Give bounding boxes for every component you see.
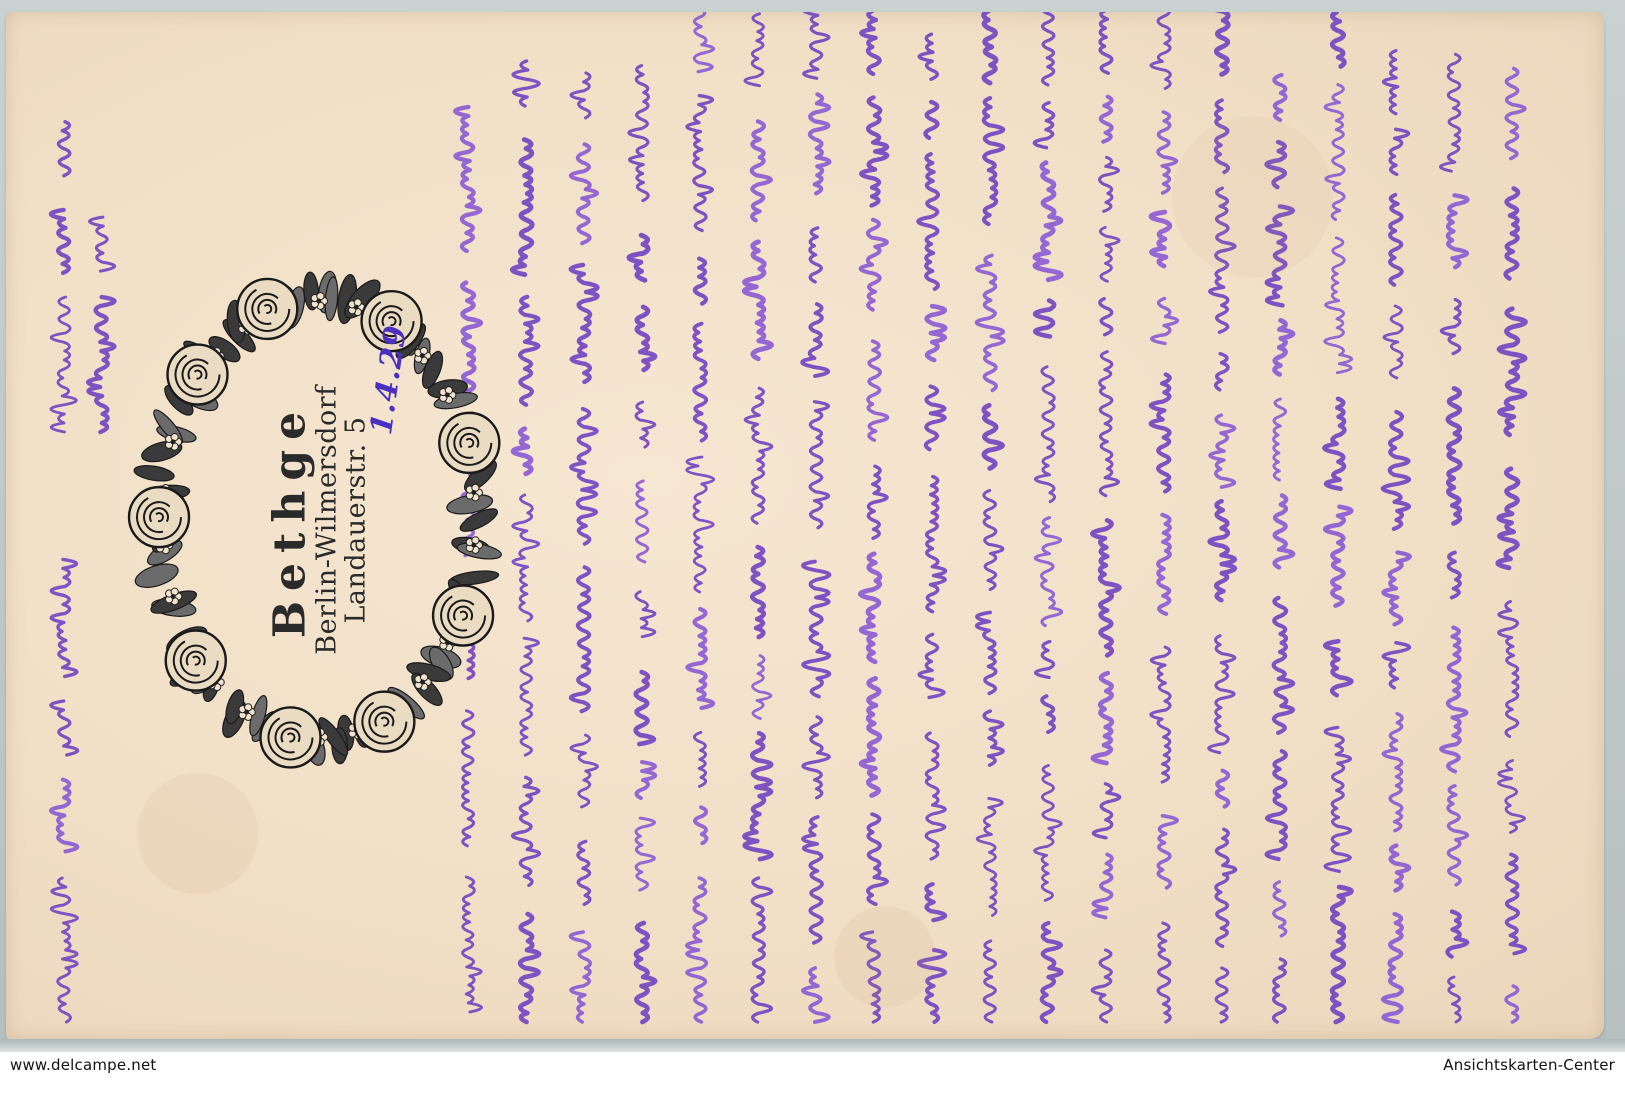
stamp-city: Berlin-Wilmersdorf — [314, 385, 342, 654]
scan-edge — [0, 1039, 1625, 1052]
seller-caption: Ansichtskarten-Center — [1443, 1056, 1615, 1074]
stamp-name: Bethge — [268, 385, 314, 654]
stamp-address: Bethge Berlin-Wilmersdorf Landauerstr. 5 — [268, 385, 371, 654]
source-caption[interactable]: www.delcampe.net — [10, 1056, 157, 1074]
postcard: Bethge Berlin-Wilmersdorf Landauerstr. 5… — [6, 12, 1604, 1039]
sender-stamp: Bethge Berlin-Wilmersdorf Landauerstr. 5 — [124, 267, 514, 772]
